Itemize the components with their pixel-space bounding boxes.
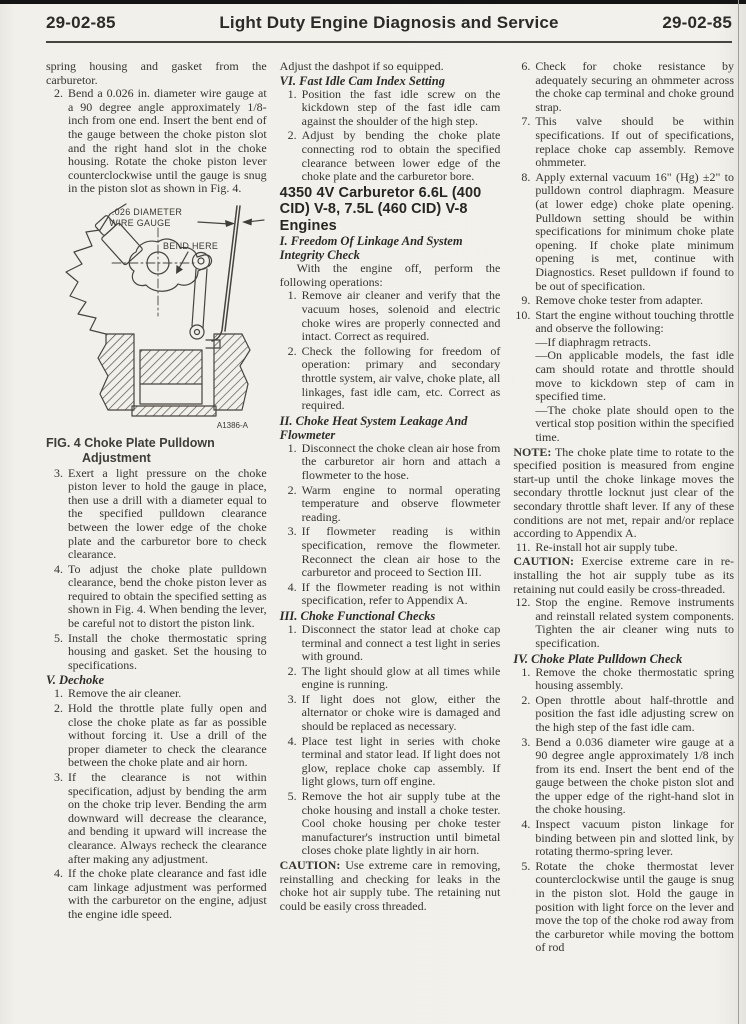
paragraph-continuation: Adjust the dashpot if so equipped. bbox=[280, 60, 501, 74]
list-item-text: Install the choke thermostatic spring ho… bbox=[68, 632, 267, 673]
header-section-number-right: 29-02-85 bbox=[662, 13, 732, 33]
list-item: 5.Install the choke thermostatic spring … bbox=[46, 632, 267, 673]
list-item-text: Remove the hot air supply tube at the ch… bbox=[302, 790, 501, 858]
list-item-text: Rotate the choke thermostat lever counte… bbox=[535, 860, 734, 955]
list-item: 2.Bend a 0.026 in. diameter wire gauge a… bbox=[46, 87, 267, 196]
list-item-number: 1. bbox=[46, 687, 68, 701]
list-item: 4.Inspect vacuum piston linkage for bind… bbox=[513, 818, 734, 859]
caption-line-1: FIG. 4 Choke Plate Pulldown bbox=[46, 436, 215, 450]
list-item: 2.Hold the throttle plate fully open and… bbox=[46, 702, 267, 770]
list-item-text: Place test light in series with choke te… bbox=[302, 735, 501, 789]
dimension-line-left bbox=[198, 222, 230, 224]
list-item: 2.Check the following for freedom of ope… bbox=[280, 345, 501, 413]
column-right: 6.Check for choke resistance by adequate… bbox=[513, 60, 734, 1018]
list-item-text: Disconnect the choke clean air hose from… bbox=[302, 442, 501, 483]
page-title: Light Duty Engine Diagnosis and Service bbox=[219, 13, 558, 33]
paragraph: With the engine off, perform the followi… bbox=[280, 262, 501, 289]
list-item-number: 5. bbox=[280, 790, 302, 858]
list-item-number: 2. bbox=[513, 694, 535, 735]
note-paragraph: CAUTION: Exercise extreme care in re-ins… bbox=[513, 555, 734, 596]
housing-wall-left bbox=[98, 334, 134, 410]
list-item-number: 1. bbox=[513, 666, 535, 693]
list-item-number: 1. bbox=[280, 88, 302, 129]
arrowhead-right-icon bbox=[225, 220, 235, 227]
list-item: 4.If the flowmeter reading is not within… bbox=[280, 581, 501, 608]
list-item-text: Adjust by bending the choke plate connec… bbox=[302, 129, 501, 183]
list-item-number: 11. bbox=[513, 541, 535, 555]
list-item: 2.The light should glow at all times whi… bbox=[280, 665, 501, 692]
list-item: 1.Disconnect the choke clean air hose fr… bbox=[280, 442, 501, 483]
list-item: 1.Remove the air cleaner. bbox=[46, 687, 267, 701]
list-item-number: 2. bbox=[46, 702, 68, 770]
list-item-text: Disconnect the stator lead at choke cap … bbox=[302, 623, 501, 664]
figure-code: A1386-A bbox=[217, 421, 249, 430]
list-item-number: 1. bbox=[280, 623, 302, 664]
list-item-text: Hold the throttle plate fully open and c… bbox=[68, 702, 267, 770]
link-strap-left bbox=[192, 269, 196, 326]
list-item: 4.To adjust the choke plate pulldown cle… bbox=[46, 563, 267, 631]
list-item: 1.Remove air cleaner and verify that the… bbox=[280, 289, 501, 343]
list-item: 2.Open throttle about half-throttle and … bbox=[513, 694, 734, 735]
list-item: 1.Disconnect the stator lead at choke ca… bbox=[280, 623, 501, 664]
list-item-text: Apply external vacuum 16" (Hg) ±2" to pu… bbox=[535, 171, 734, 293]
list-item: 1.Remove the choke thermostatic spring h… bbox=[513, 666, 734, 693]
link-pin-outer bbox=[190, 325, 204, 339]
list-item: 4.Place test light in series with choke … bbox=[280, 735, 501, 789]
subsection-heading: III. Choke Functional Checks bbox=[280, 609, 501, 623]
list-item: 3.If the clearance is not within specifi… bbox=[46, 771, 267, 866]
list-item-number: 10. bbox=[513, 309, 535, 445]
list-item-text: Remove air cleaner and verify that the v… bbox=[302, 289, 501, 343]
list-item-number: 12. bbox=[513, 596, 535, 650]
list-item: 10.Start the engine without touching thr… bbox=[513, 309, 734, 445]
list-item-text: If the flowmeter reading is not within s… bbox=[302, 581, 501, 608]
list-item-text: Position the fast idle screw on the kick… bbox=[302, 88, 501, 129]
link-strap-right bbox=[203, 269, 207, 328]
note-text: The choke plate time to rotate to the sp… bbox=[513, 445, 734, 541]
diagram-linework bbox=[66, 204, 264, 416]
list-item-text: Remove the air cleaner. bbox=[68, 687, 267, 701]
list-item-text: If the choke plate clearance and fast id… bbox=[68, 867, 267, 921]
list-item-text: Inspect vacuum piston linkage for bindin… bbox=[535, 818, 734, 859]
column-left: spring housing and gasket from the carbu… bbox=[46, 60, 267, 1018]
list-item: 1.Position the fast idle screw on the ki… bbox=[280, 88, 501, 129]
list-item: 5.Rotate the choke thermostat lever coun… bbox=[513, 860, 734, 955]
list-item: 8.Apply external vacuum 16" (Hg) ±2" to … bbox=[513, 171, 734, 293]
list-item-number: 3. bbox=[46, 771, 68, 866]
list-item-text: Start the engine without touching thrott… bbox=[535, 309, 734, 445]
list-item-text: Exert a light pressure on the choke pist… bbox=[68, 467, 267, 562]
header-section-number-left: 29-02-85 bbox=[46, 13, 116, 33]
wire-gauge-line-1 bbox=[212, 206, 237, 341]
choke-pulldown-diagram: .026 DIAMETER WIRE GAUGE BEND HERE A1386… bbox=[46, 200, 268, 432]
list-item-text: Open throttle about half-throttle and po… bbox=[535, 694, 734, 735]
note-paragraph: CAUTION: Use extreme care in removing, r… bbox=[280, 859, 501, 913]
column-center: Adjust the dashpot if so equipped.VI. Fa… bbox=[280, 60, 501, 1018]
arrowhead-left-icon bbox=[242, 218, 252, 225]
list-item-number: 4. bbox=[280, 735, 302, 789]
list-item-number: 3. bbox=[280, 525, 302, 579]
list-item-number: 9. bbox=[513, 294, 535, 308]
list-item-number: 2. bbox=[46, 87, 68, 196]
list-item-text: Remove the choke thermostatic spring hou… bbox=[535, 666, 734, 693]
list-item-number: 7. bbox=[513, 115, 535, 169]
list-item-text: Bend a 0.036 diameter wire gauge at a 90… bbox=[535, 736, 734, 818]
list-item-text: The light should glow at all times while… bbox=[302, 665, 501, 692]
list-item-number: 8. bbox=[513, 171, 535, 293]
subsection-heading: I. Freedom Of Linkage And System Integri… bbox=[280, 234, 501, 262]
list-item-number: 5. bbox=[513, 860, 535, 955]
figure-label-bend-here: BEND HERE bbox=[163, 241, 218, 251]
list-item-text: Check the following for freedom of opera… bbox=[302, 345, 501, 413]
list-item-number: 3. bbox=[280, 693, 302, 734]
pivot-inner bbox=[198, 258, 204, 264]
note-lead: CAUTION: bbox=[280, 858, 341, 872]
list-item-text: If the clearance is not within specifica… bbox=[68, 771, 267, 866]
piston-section bbox=[140, 350, 202, 384]
page-right-edge-shadow bbox=[738, 0, 739, 1024]
link-pin-inner bbox=[195, 329, 200, 334]
list-item-text: If flowmeter reading is within specifica… bbox=[302, 525, 501, 579]
list-item-number: 4. bbox=[513, 818, 535, 859]
subsection-heading: IV. Choke Plate Pulldown Check bbox=[513, 652, 734, 666]
list-item-number: 6. bbox=[513, 60, 535, 114]
page-header: 29-02-85 Light Duty Engine Diagnosis and… bbox=[46, 13, 732, 33]
list-item: 5.Remove the hot air supply tube at the … bbox=[280, 790, 501, 858]
page-top-edge bbox=[0, 0, 746, 4]
list-item-number: 4. bbox=[46, 563, 68, 631]
figure-caption: FIG. 4 Choke Plate PulldownAdjustment bbox=[46, 436, 267, 467]
list-item-text: Warm engine to normal operating temperat… bbox=[302, 484, 501, 525]
list-item: 12.Stop the engine. Remove instruments a… bbox=[513, 596, 734, 650]
paragraph-continuation: spring housing and gasket from the carbu… bbox=[46, 60, 267, 87]
list-item: 3.Bend a 0.036 diameter wire gauge at a … bbox=[513, 736, 734, 818]
section-title: 4350 4V Carburetor 6.6L (400 CID) V-8, 7… bbox=[280, 185, 501, 235]
list-item: 3.If light does not glow, either the alt… bbox=[280, 693, 501, 734]
list-item-number: 2. bbox=[280, 129, 302, 183]
list-item: 2.Warm engine to normal operating temper… bbox=[280, 484, 501, 525]
list-item-text: Bend a 0.026 in. diameter wire gauge at … bbox=[68, 87, 267, 196]
list-item-number: 2. bbox=[280, 345, 302, 413]
list-item: 3.If flowmeter reading is within specifi… bbox=[280, 525, 501, 579]
housing-base bbox=[132, 406, 216, 416]
subsection-heading: II. Choke Heat System Leakage And Flowme… bbox=[280, 414, 501, 442]
list-item: 6.Check for choke resistance by adequate… bbox=[513, 60, 734, 114]
note-lead: NOTE: bbox=[513, 445, 551, 459]
list-item-number: 3. bbox=[513, 736, 535, 818]
list-item: 2.Adjust by bending the choke plate conn… bbox=[280, 129, 501, 183]
list-item-number: 2. bbox=[280, 484, 302, 525]
list-item-number: 1. bbox=[280, 289, 302, 343]
list-item: 11.Re-install hot air supply tube. bbox=[513, 541, 734, 555]
page-body: spring housing and gasket from the carbu… bbox=[46, 60, 734, 1018]
list-item-text: Stop the engine. Remove instruments and … bbox=[535, 596, 734, 650]
list-item-number: 5. bbox=[46, 632, 68, 673]
list-item-text: If light does not glow, either the alter… bbox=[302, 693, 501, 734]
list-item: 7.This valve should be within specificat… bbox=[513, 115, 734, 169]
list-item-number: 4. bbox=[46, 867, 68, 921]
pivot-outer bbox=[193, 252, 210, 269]
list-item-text: Check for choke resistance by adequately… bbox=[535, 60, 734, 114]
list-item-number: 4. bbox=[280, 581, 302, 608]
list-item-number: 3. bbox=[46, 467, 68, 562]
list-item: 9.Remove choke tester from adapter. bbox=[513, 294, 734, 308]
caption-line-2: Adjustment bbox=[46, 451, 151, 465]
figure-label-gauge-1: .026 DIAMETER bbox=[112, 207, 183, 217]
subsection-heading: VI. Fast Idle Cam Index Setting bbox=[280, 74, 501, 88]
figure-label-gauge-2: WIRE GAUGE bbox=[109, 218, 171, 228]
note-paragraph: NOTE: The choke plate time to rotate to … bbox=[513, 446, 734, 541]
piston-cup bbox=[140, 384, 202, 404]
list-item-text: Re-install hot air supply tube. bbox=[535, 541, 734, 555]
header-divider bbox=[46, 41, 732, 43]
note-lead: CAUTION: bbox=[513, 554, 574, 568]
list-item: 4.If the choke plate clearance and fast … bbox=[46, 867, 267, 921]
subsection-heading: V. Dechoke bbox=[46, 673, 267, 687]
list-item-text: This valve should be within specificatio… bbox=[535, 115, 734, 169]
figure-choke-plate-pulldown: .026 DIAMETER WIRE GAUGE BEND HERE A1386… bbox=[46, 200, 267, 436]
list-item-number: 1. bbox=[280, 442, 302, 483]
list-item-text: Remove choke tester from adapter. bbox=[535, 294, 734, 308]
list-item-number: 2. bbox=[280, 665, 302, 692]
list-item-text: To adjust the choke plate pulldown clear… bbox=[68, 563, 267, 631]
list-item: 3.Exert a light pressure on the choke pi… bbox=[46, 467, 267, 562]
